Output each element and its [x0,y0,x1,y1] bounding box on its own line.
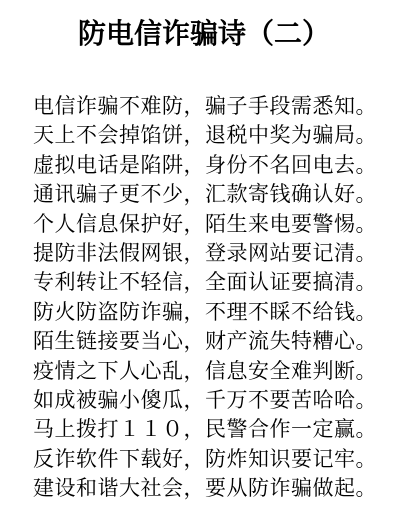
poem-line: 疫情之下人心乱，信息安全难判断。 [33,357,408,386]
poem-page: 防电信诈骗诗（二） 电信诈骗不难防，骗子手段需悉知。 天上不会掉馅饼，退税中奖为… [0,0,408,525]
poem-line: 陌生链接要当心，财产流失特糟心。 [33,327,408,356]
poem-line: 天上不会掉馅饼，退税中奖为骗局。 [33,121,408,150]
page-title: 防电信诈骗诗（二） [0,0,408,54]
poem-line: 通讯骗子更不少，汇款寄钱确认好。 [33,180,408,209]
poem-line: 虚拟电话是陷阱，身份不名回电去。 [33,151,408,180]
poem-body: 电信诈骗不难防，骗子手段需悉知。 天上不会掉馅饼，退税中奖为骗局。 虚拟电话是陷… [33,92,408,504]
poem-line: 反诈软件下载好，防炸知识要记牢。 [33,445,408,474]
poem-line: 如成被骗小傻瓜，千万不要苦哈哈。 [33,386,408,415]
poem-line: 马上拨打１１０，民警合作一定赢。 [33,415,408,444]
poem-line: 建设和谐大社会，要从防诈骗做起。 [33,474,408,503]
poem-line: 个人信息保护好，陌生来电要警惕。 [33,210,408,239]
poem-line: 电信诈骗不难防，骗子手段需悉知。 [33,92,408,121]
poem-line: 提防非法假网银，登录网站要记清。 [33,239,408,268]
poem-line: 专利转让不轻信，全面认证要搞清。 [33,268,408,297]
poem-line: 防火防盗防诈骗，不理不睬不给钱。 [33,298,408,327]
